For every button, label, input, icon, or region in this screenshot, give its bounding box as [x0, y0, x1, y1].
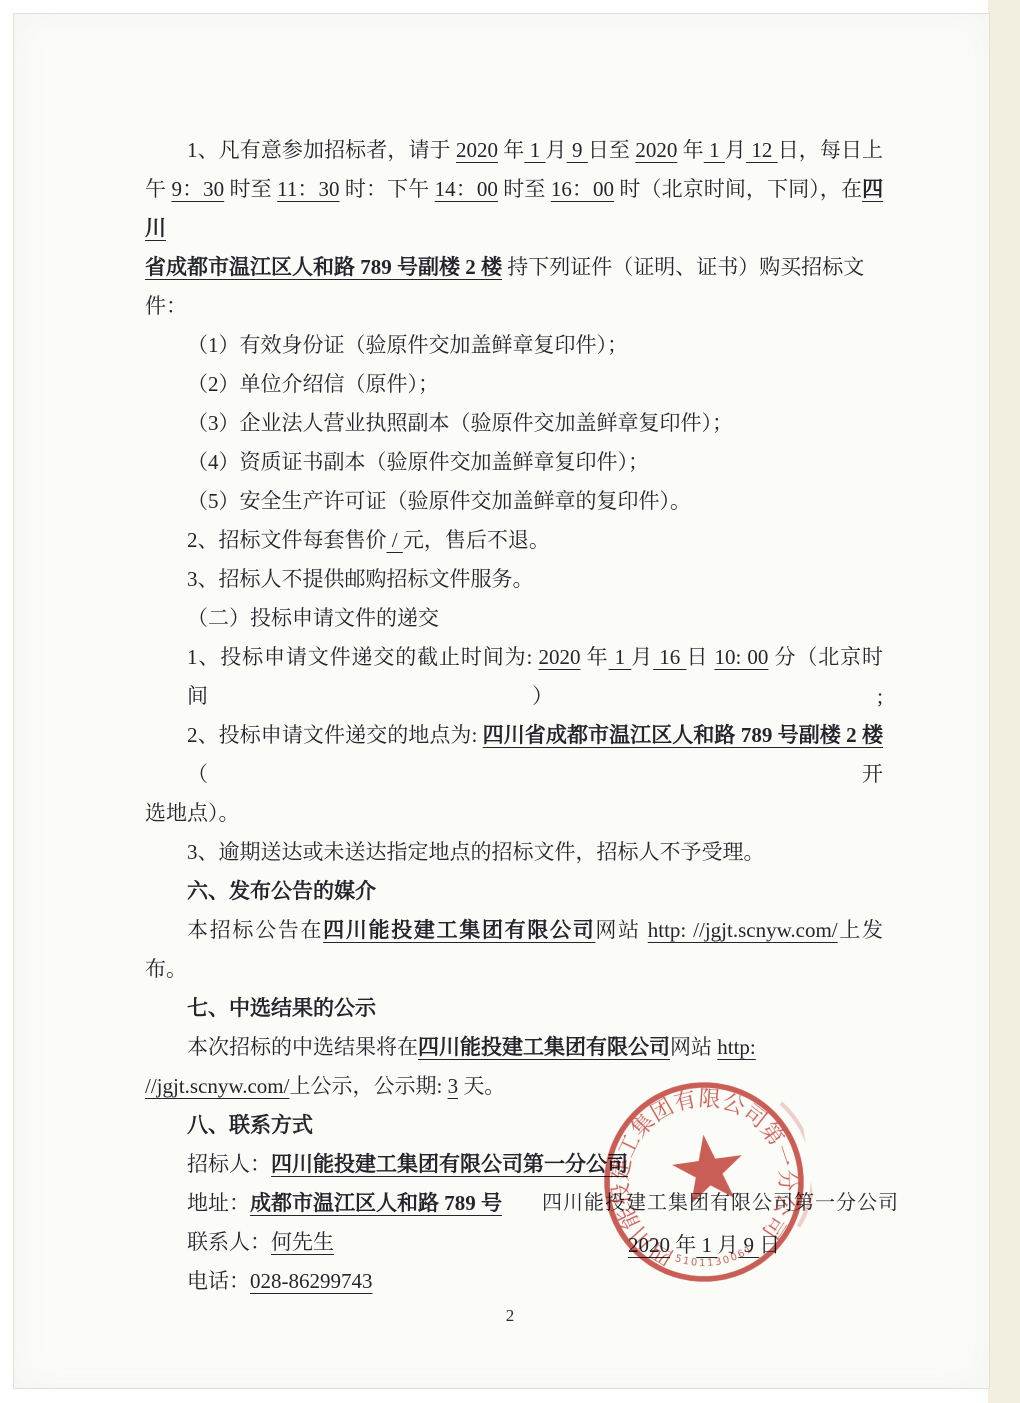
- text-run: （开: [187, 762, 883, 786]
- text-run: 2、招标文件每套售价: [187, 528, 387, 552]
- text-run: 本招标公告在: [187, 918, 323, 942]
- text-run: 16: [653, 645, 686, 669]
- text-line: 布。: [145, 950, 883, 989]
- text-run: 2、投标申请文件递交的地点为:: [187, 723, 483, 747]
- text-run: 四川能投建工集团有限公司: [418, 1035, 670, 1059]
- text-run: 上发: [838, 918, 883, 942]
- text-line: 3、招标人不提供邮购招标文件服务。: [145, 560, 883, 599]
- text-run: 16：00: [551, 177, 614, 201]
- text-run: 招标人：: [187, 1152, 271, 1176]
- scan-edge-strip: [988, 0, 1020, 1403]
- text-run: /: [387, 528, 403, 552]
- text-run: 八、联系方式: [187, 1113, 313, 1137]
- text-run: 月: [546, 138, 567, 162]
- text-run: 选地点）。: [145, 801, 240, 825]
- text-run: 10: 00: [714, 645, 768, 669]
- text-line: （1）有效身份证（验原件交加盖鲜章复印件）；: [145, 326, 883, 365]
- text-run: 四川省成都市温江区人和路 789 号副楼 2 楼: [483, 723, 883, 747]
- text-run: 年: [581, 645, 609, 669]
- text-run: 布。: [145, 957, 187, 981]
- text-run: 网站: [595, 918, 647, 942]
- text-run: 1: [704, 138, 725, 162]
- text-line: 七、中选结果的公示: [145, 989, 883, 1028]
- text-run: 时（北京时间，下同），在: [614, 177, 862, 201]
- text-run: 1、投标申请文件递交的截止时间为:: [187, 645, 539, 669]
- text-run: 日至: [588, 138, 636, 162]
- text-run: 日: [686, 645, 714, 669]
- text-line: 3、逾期送达或未送达指定地点的招标文件，招标人不予受理。: [145, 833, 883, 872]
- text-run: 14：00: [435, 177, 498, 201]
- text-run: 电话：: [187, 1269, 250, 1293]
- text-run: 9: [567, 138, 588, 162]
- text-run: 2020: [635, 138, 677, 162]
- text-run: 2020: [539, 645, 581, 669]
- text-line: （4）资质证书副本（验原件交加盖鲜章复印件）；: [145, 443, 883, 482]
- text-run: （5）安全生产许可证（验原件交加盖鲜章的复印件）。: [187, 489, 691, 513]
- text-run: http:: [717, 1035, 756, 1059]
- text-run: 本次招标的中选结果将在: [187, 1035, 418, 1059]
- text-line: （二）投标申请文件的递交: [145, 599, 883, 638]
- text-run: 联系人：: [187, 1230, 271, 1254]
- text-line: 本招标公告在四川能投建工集团有限公司网站 http: //jgjt.scnyw.…: [145, 911, 883, 950]
- text-line: （5）安全生产许可证（验原件交加盖鲜章的复印件）。: [145, 482, 883, 521]
- text-run: 上公示，公示期:: [289, 1074, 447, 1098]
- page-number: 2: [0, 1306, 1020, 1326]
- stamp-star-icon: [669, 1130, 748, 1206]
- text-line: 六、发布公告的媒介: [145, 872, 883, 911]
- text-run: 月: [631, 645, 653, 669]
- text-run: 028-86299743: [250, 1269, 373, 1293]
- text-run: 时至: [224, 177, 277, 201]
- text-line: 本次招标的中选结果将在四川能投建工集团有限公司网站 http:: [145, 1028, 883, 1067]
- text-run: 月: [725, 138, 746, 162]
- text-run: 3: [448, 1074, 459, 1098]
- text-run: 9：30: [171, 177, 224, 201]
- text-run: 午: [145, 177, 171, 201]
- text-line: 选地点）。: [145, 794, 883, 833]
- text-run: （4）资质证书副本（验原件交加盖鲜章复印件）；: [187, 450, 649, 474]
- company-seal-stamp: 四川能投建工集团有限公司第一分公司 5101130061: [584, 1062, 823, 1301]
- text-run: http: //jgjt.scnyw.com/: [648, 918, 838, 942]
- text-run: 六、发布公告的媒介: [187, 879, 376, 903]
- text-run: （2）单位介绍信（原件）；: [187, 372, 439, 396]
- text-run: 12: [746, 138, 778, 162]
- text-run: 年: [498, 138, 524, 162]
- text-run: 日，每日上: [778, 138, 883, 162]
- text-run: 四川能投建工集团有限公司: [323, 918, 595, 942]
- text-line: 省成都市温江区人和路 789 号副楼 2 楼 持下列证件（证明、证书）购买招标文…: [145, 248, 883, 326]
- text-line: 2、招标文件每套售价 / 元，售后不退。: [145, 521, 883, 560]
- text-line: 午 9：30 时至 11：30 时：下午 14：00 时至 16：00 时（北京…: [145, 170, 883, 248]
- text-run: 元，售后不退。: [403, 528, 550, 552]
- text-run: 1: [609, 645, 632, 669]
- text-line: （2）单位介绍信（原件）；: [145, 365, 883, 404]
- text-line: 2、投标申请文件递交的地点为: 四川省成都市温江区人和路 789 号副楼 2 楼…: [145, 716, 883, 794]
- text-run: //jgjt.scnyw.com/: [145, 1074, 289, 1098]
- text-line: 1、凡有意参加招标者，请于 2020 年 1 月 9 日至 2020 年 1 月…: [145, 131, 883, 170]
- text-run: 1、凡有意参加招标者，请于: [187, 138, 456, 162]
- text-run: （3）企业法人营业执照副本（验原件交加盖鲜章复印件）；: [187, 411, 733, 435]
- text-run: 地址：: [187, 1191, 250, 1215]
- text-run: 3、逾期送达或未送达指定地点的招标文件，招标人不予受理。: [187, 840, 765, 864]
- text-run: 省成都市温江区人和路 789 号副楼 2 楼: [145, 255, 502, 279]
- text-run: 四川能投建工集团有限公司第一分公司: [271, 1152, 628, 1176]
- text-run: 年: [677, 138, 703, 162]
- text-run: 1: [524, 138, 545, 162]
- text-run: 七、中选结果的公示: [187, 996, 376, 1020]
- text-run: 成都市温江区人和路 789 号: [250, 1191, 502, 1215]
- text-run: 时：下午: [340, 177, 435, 201]
- text-run: （二）投标申请文件的递交: [187, 606, 439, 630]
- text-run: 3、招标人不提供邮购招标文件服务。: [187, 567, 534, 591]
- text-line: 1、投标申请文件递交的截止时间为: 2020 年 1 月 16 日 10: 00…: [145, 638, 883, 716]
- text-run: 网站: [670, 1035, 717, 1059]
- text-run: 天。: [458, 1074, 505, 1098]
- text-run: （1）有效身份证（验原件交加盖鲜章复印件）；: [187, 333, 628, 357]
- text-run: 11：30: [277, 177, 339, 201]
- text-line: （3）企业法人营业执照副本（验原件交加盖鲜章复印件）；: [145, 404, 883, 443]
- text-run: 何先生: [271, 1230, 334, 1254]
- text-run: 时至: [498, 177, 551, 201]
- text-run: 2020: [456, 138, 498, 162]
